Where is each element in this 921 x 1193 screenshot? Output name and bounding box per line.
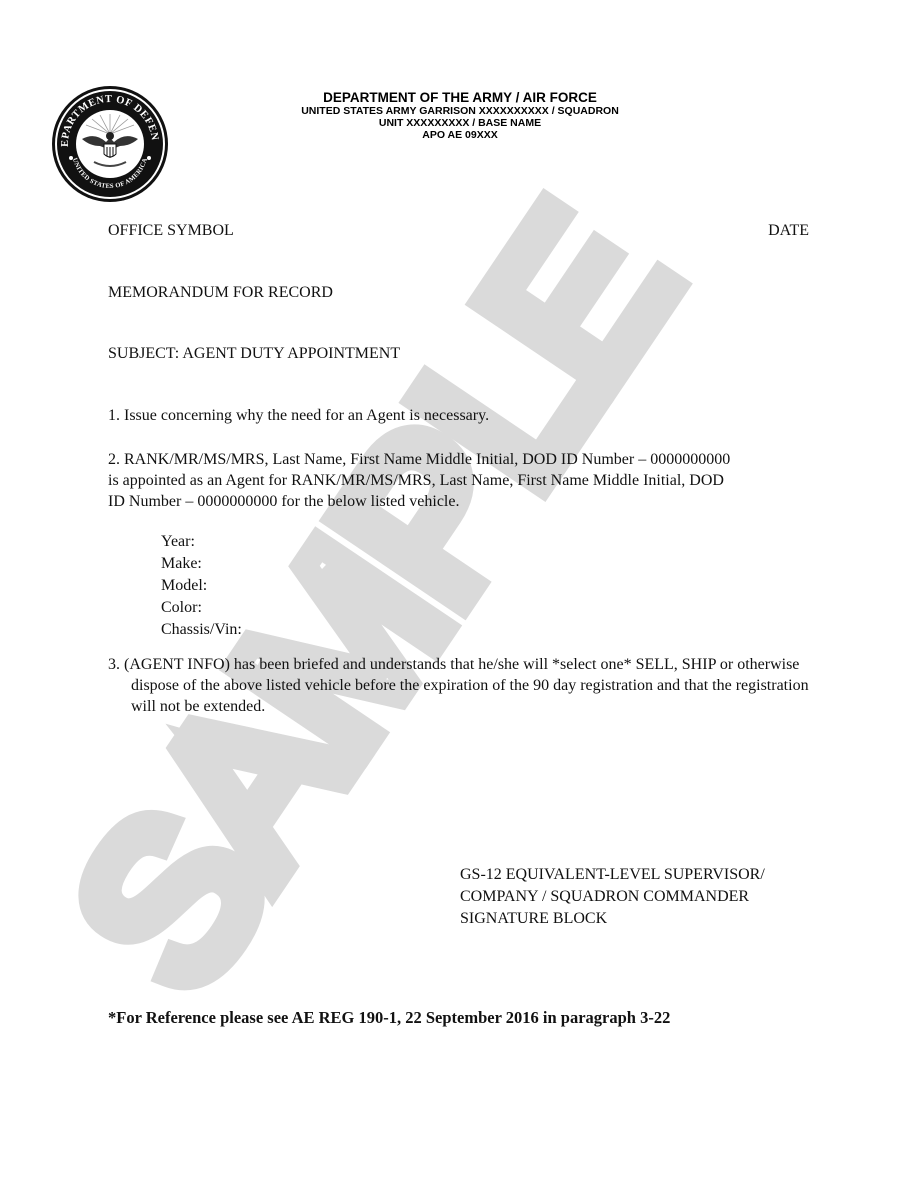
vehicle-field-chassis-vin: Chassis/Vin: [161, 619, 242, 641]
paragraph-2-line-3: ID Number – 0000000000 for the below lis… [108, 491, 730, 512]
date: DATE [768, 222, 809, 240]
reference-note: *For Reference please see AE REG 190-1, … [108, 1008, 670, 1028]
department-of-defense-seal-icon: DEPARTMENT OF DEFENSE UNITED STATES OF A… [50, 84, 170, 204]
paragraph-2-line-1: 2. RANK/MR/MS/MRS, Last Name, First Name… [108, 449, 730, 470]
signature-line-3: SIGNATURE BLOCK [460, 908, 765, 930]
signature-line-2: COMPANY / SQUADRON COMMANDER [460, 886, 765, 908]
memorandum-page: SAMPLE DEPARTMENT OF DEFENSE UNITED STAT… [0, 0, 921, 1193]
letterhead-department: DEPARTMENT OF THE ARMY / AIR FORCE [200, 90, 720, 105]
letterhead-unit: UNIT XXXXXXXXX / BASE NAME [200, 117, 720, 129]
letterhead: DEPARTMENT OF THE ARMY / AIR FORCE UNITE… [200, 90, 720, 141]
vehicle-field-year: Year: [161, 531, 242, 553]
signature-block: GS-12 EQUIVALENT-LEVEL SUPERVISOR/ COMPA… [460, 864, 765, 930]
paragraph-3: 3. (AGENT INFO) has been briefed and und… [108, 654, 836, 717]
signature-line-1: GS-12 EQUIVALENT-LEVEL SUPERVISOR/ [460, 864, 765, 886]
vehicle-field-model: Model: [161, 575, 242, 597]
subject-line: SUBJECT: AGENT DUTY APPOINTMENT [108, 345, 400, 363]
office-symbol: OFFICE SYMBOL [108, 222, 234, 240]
paragraph-1: 1. Issue concerning why the need for an … [108, 407, 489, 425]
paragraph-2: 2. RANK/MR/MS/MRS, Last Name, First Name… [108, 449, 730, 512]
vehicle-field-list: Year: Make: Model: Color: Chassis/Vin: [161, 531, 242, 641]
vehicle-field-color: Color: [161, 597, 242, 619]
letterhead-garrison: UNITED STATES ARMY GARRISON XXXXXXXXXX /… [200, 105, 720, 117]
vehicle-field-make: Make: [161, 553, 242, 575]
letterhead-apo: APO AE 09XXX [200, 129, 720, 141]
paragraph-2-line-2: is appointed as an Agent for RANK/MR/MS/… [108, 470, 730, 491]
memorandum-for: MEMORANDUM FOR RECORD [108, 284, 333, 302]
